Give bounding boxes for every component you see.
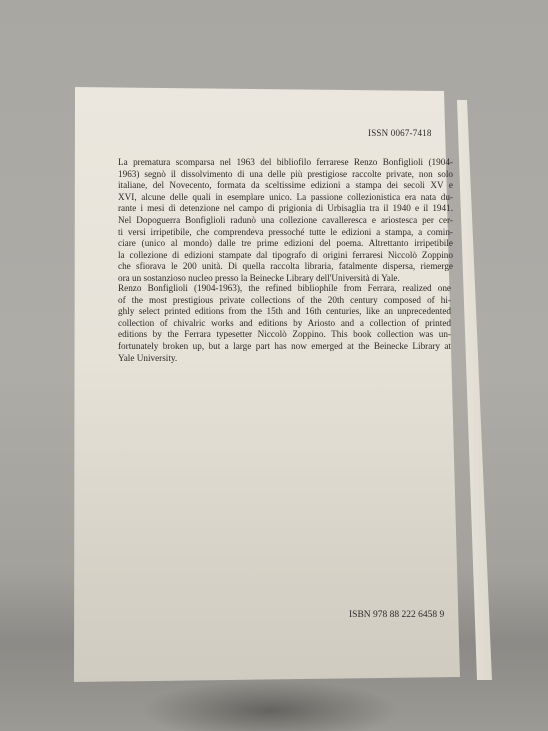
text-line: ti versi irripetibile, che comprendeva p…	[118, 227, 453, 239]
text-line: of the most prestigious private collecti…	[118, 295, 451, 307]
issn-label: ISSN 0067-7418	[368, 128, 432, 138]
text-line: XVI, alcune delle quali in esemplare uni…	[118, 192, 453, 204]
text-line: Yale University.	[118, 353, 451, 365]
text-line: Renzo Bonfiglioli (1904-1963), the refin…	[118, 283, 451, 295]
cover-text: ISSN 0067-7418 La prematura scomparsa ne…	[0, 0, 548, 731]
text-line: editions by the Ferrara typesetter Nicco…	[118, 329, 451, 341]
english-description: Renzo Bonfiglioli (1904-1963), the refin…	[118, 283, 451, 364]
text-line: collection of chivalric works and editio…	[118, 318, 451, 330]
text-line: ciare (unico al mondo) dalle tre prime e…	[118, 238, 453, 250]
text-line: che sfiorava le 200 unità. Di quella rac…	[118, 261, 453, 273]
isbn-label: ISBN 978 88 222 6458 9	[349, 610, 444, 620]
text-line: 1963) segnò il dissolvimento di una dell…	[118, 169, 453, 181]
text-line: ghly select printed editions from the 15…	[118, 306, 451, 318]
text-line: fortunately broken up, but a large part …	[118, 341, 451, 353]
text-line: italiane, del Novecento, formata da scel…	[118, 180, 453, 192]
text-line: Nel Dopoguerra Bonfiglioli radunò una co…	[118, 215, 453, 227]
text-line: La prematura scomparsa nel 1963 del bibl…	[118, 157, 453, 169]
italian-description: La prematura scomparsa nel 1963 del bibl…	[118, 157, 453, 285]
text-line: la collezione di edizioni stampate dal t…	[118, 250, 453, 262]
text-line: rante i mesi di detenzione nel campo di …	[118, 203, 453, 215]
